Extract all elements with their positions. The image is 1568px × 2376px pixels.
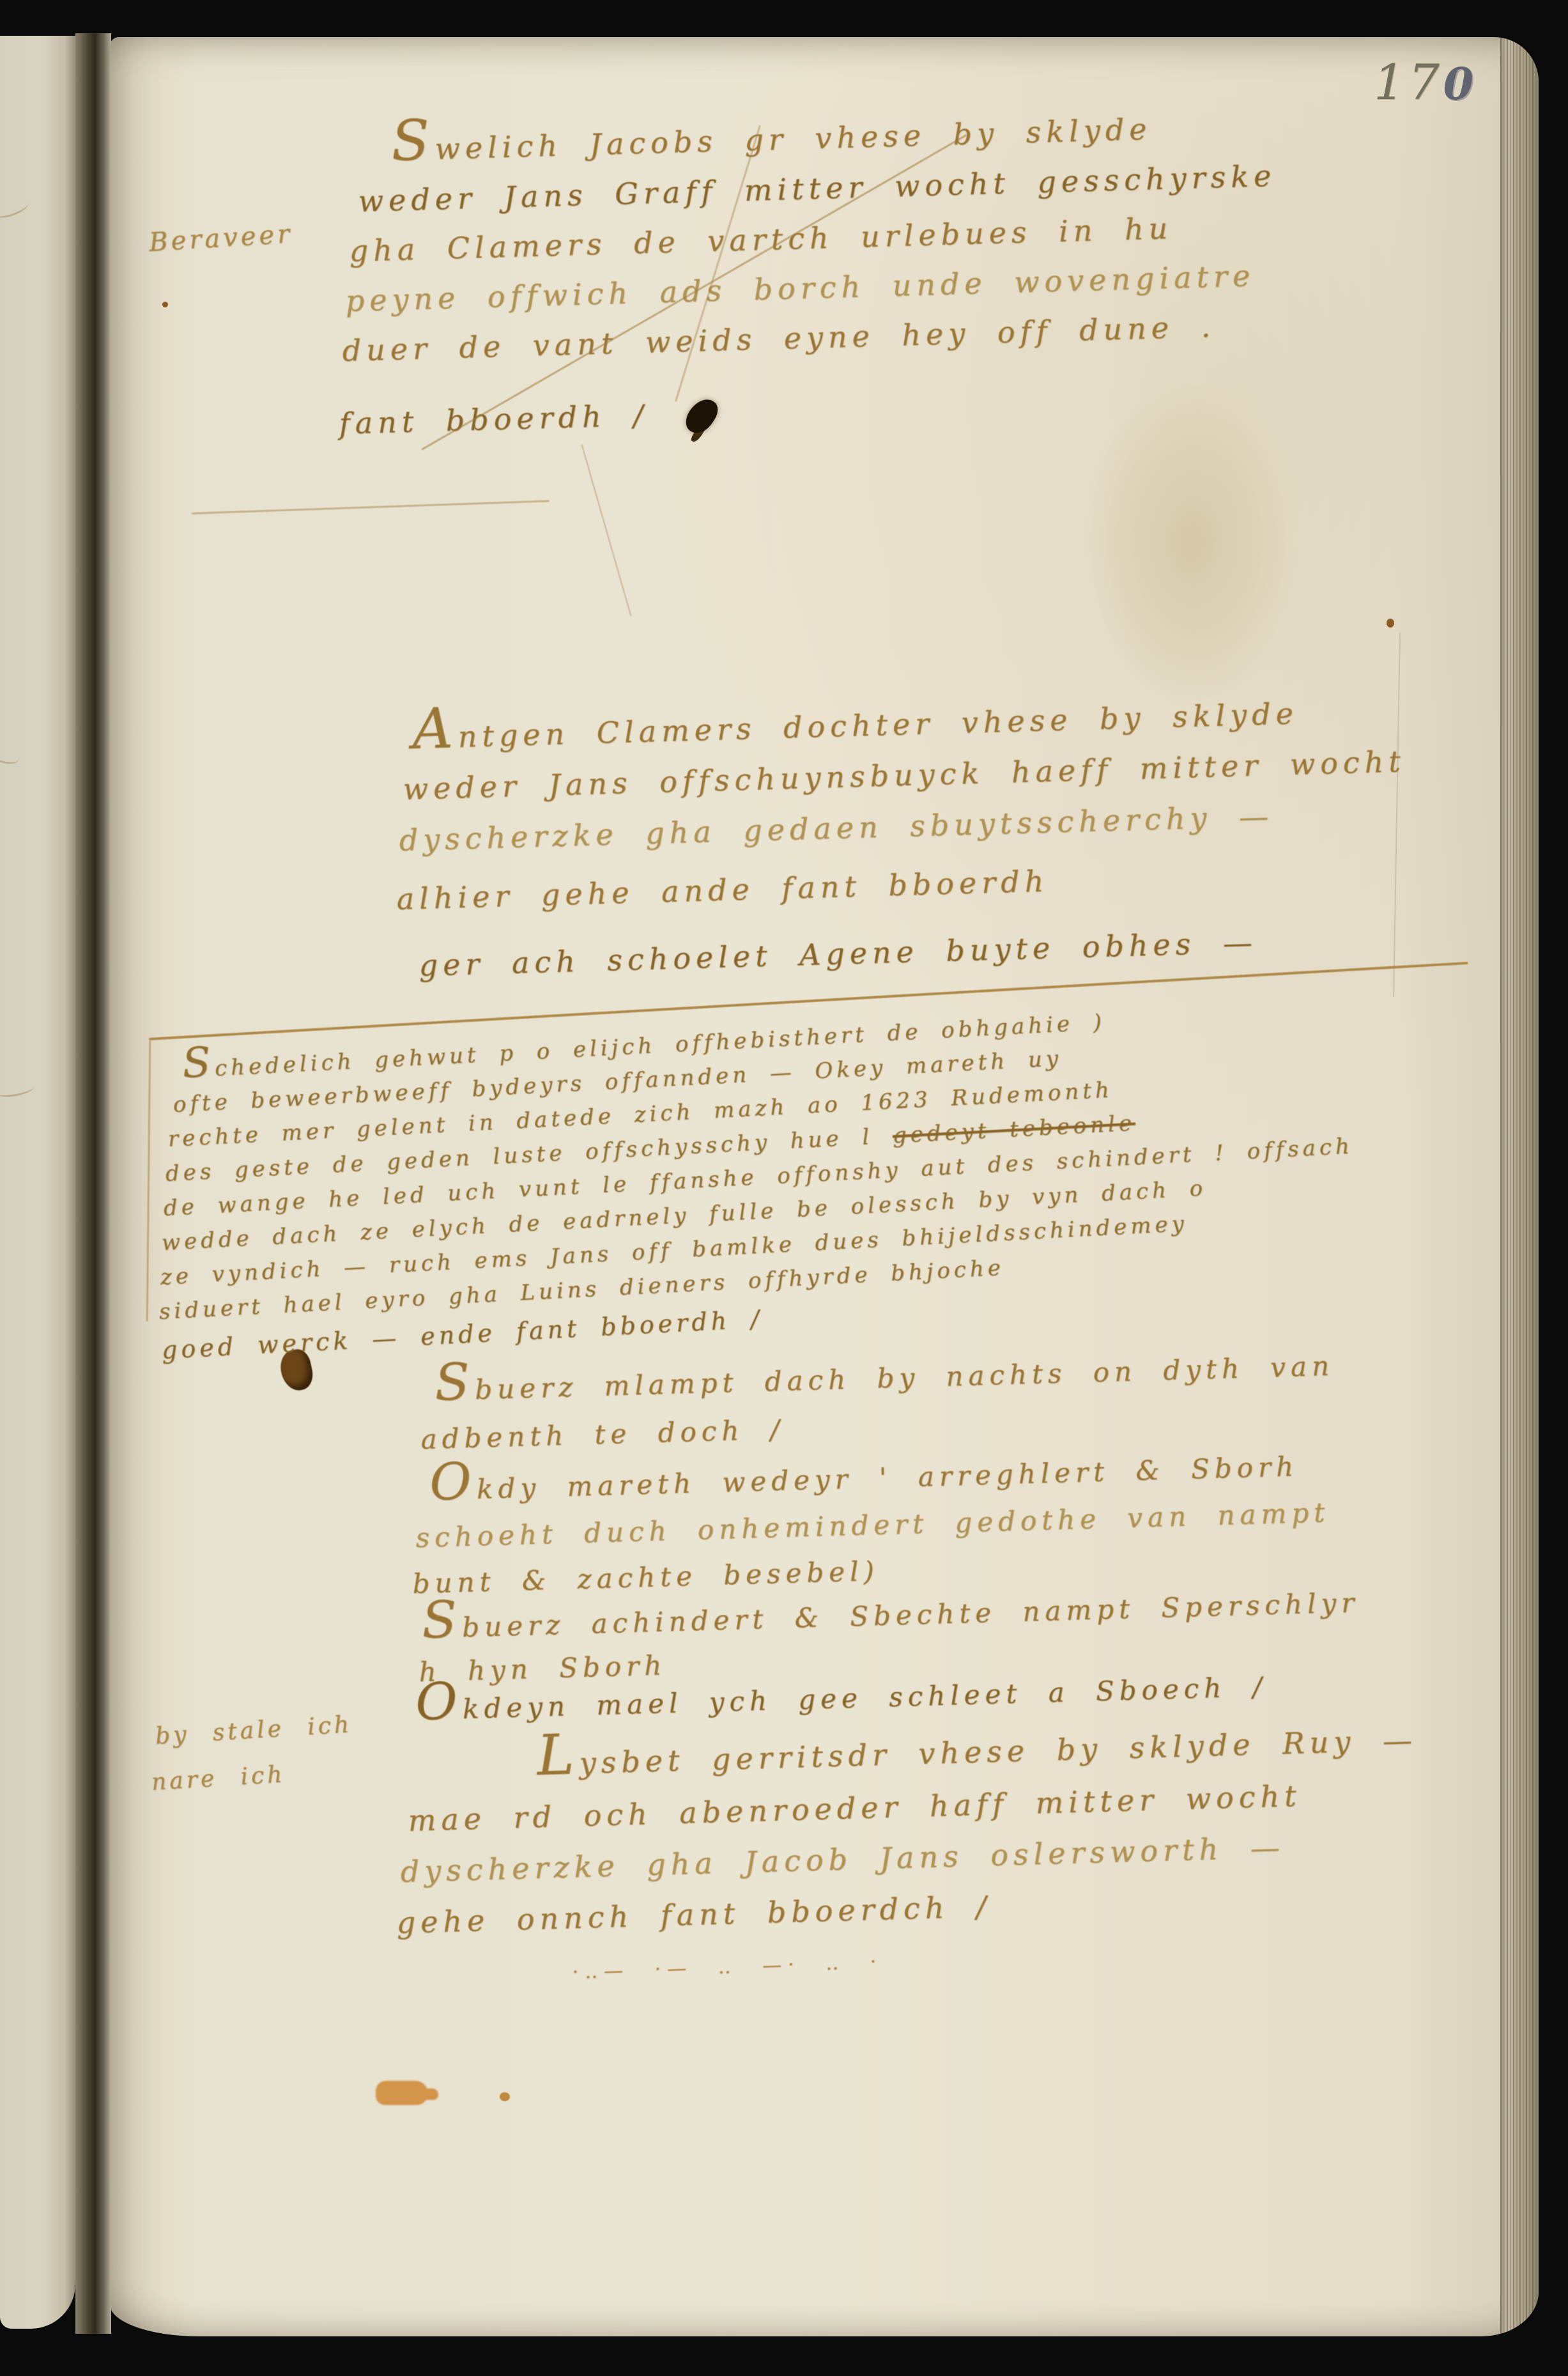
book-fore-edge — [1500, 37, 1539, 2336]
folio-number: 170 — [1374, 54, 1473, 111]
folio-last-digit-overwritten: 0 — [1443, 59, 1473, 110]
facing-page-ink-trace — [0, 1081, 35, 1099]
paper-speck — [1387, 619, 1394, 628]
photo-backdrop: 170 Beraveer by stale ich nare ich Sweli… — [0, 0, 1568, 2376]
book-gutter-shadow — [75, 33, 111, 2334]
facing-page-ink-trace — [0, 198, 31, 220]
paper-speck — [162, 302, 168, 307]
folio-digits: 17 — [1374, 54, 1443, 111]
small-stain-dot — [500, 2092, 510, 2101]
facing-page-edge — [0, 36, 75, 2329]
facing-page-ink-trace — [0, 748, 20, 766]
orange-stain — [376, 2081, 428, 2105]
paper-stain — [1086, 383, 1297, 703]
